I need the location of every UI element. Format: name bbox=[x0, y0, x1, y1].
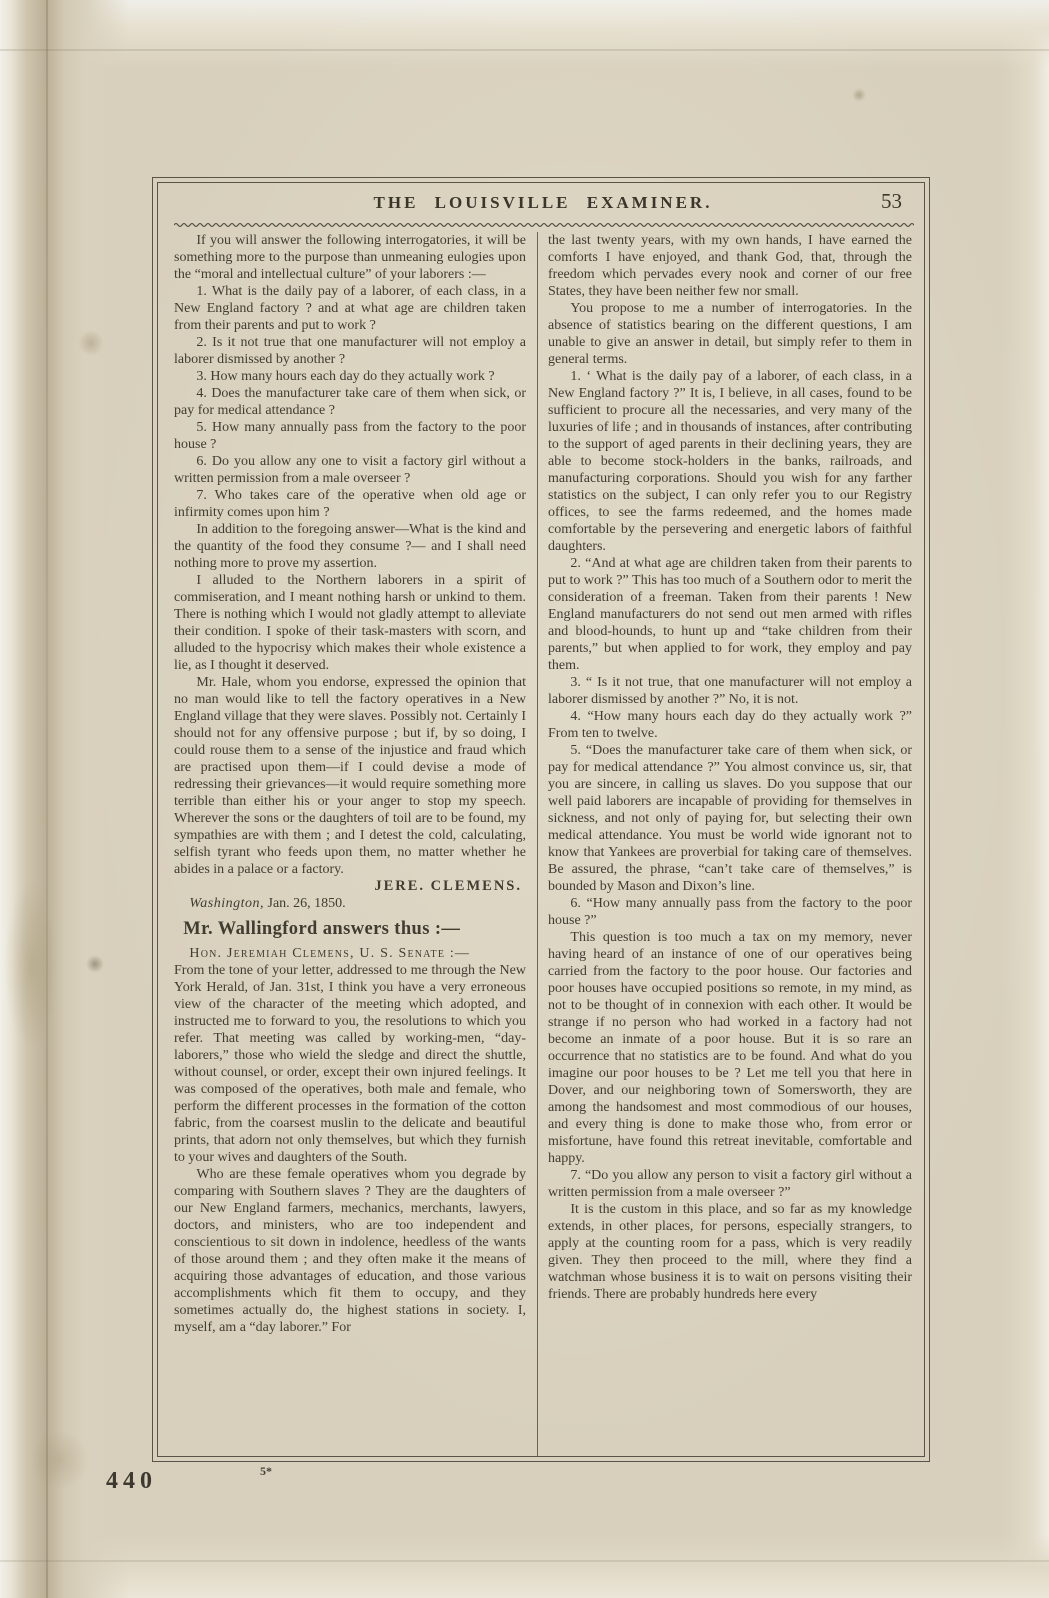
paragraph: I alluded to the Northern laborers in a … bbox=[174, 572, 526, 674]
paragraph: Mr. Hale, whom you endorse, expressed th… bbox=[174, 674, 526, 878]
paper-stain bbox=[86, 955, 104, 973]
top-fold-crease bbox=[0, 49, 1049, 51]
paragraph: 5. “Does the manufacturer take care of t… bbox=[548, 742, 912, 895]
paragraph: This question is too much a tax on my me… bbox=[548, 929, 912, 1167]
paragraph: 6. Do you allow any one to visit a facto… bbox=[174, 453, 526, 487]
paragraph: 3. How many hours each day do they actua… bbox=[174, 368, 526, 385]
print-frame-inner: THE LOUISVILLE EXAMINER. 53 If you will … bbox=[157, 182, 925, 1457]
wavy-rule bbox=[174, 221, 914, 229]
paragraph: You propose to me a number of interrogat… bbox=[548, 300, 912, 368]
scanned-newspaper-page: THE LOUISVILLE EXAMINER. 53 If you will … bbox=[0, 0, 1049, 1598]
paper-stain bbox=[852, 88, 866, 102]
paragraph: It is the custom in this place, and so f… bbox=[548, 1201, 912, 1303]
newspaper-title: THE LOUISVILLE EXAMINER. bbox=[174, 193, 912, 213]
binding-crease bbox=[46, 0, 48, 1598]
paragraph: 3. “ Is it not true, that one manufactur… bbox=[548, 674, 912, 708]
paper-stain bbox=[78, 330, 104, 356]
bottom-fold-crease bbox=[0, 1560, 1049, 1562]
paragraph: Who are these female operatives whom you… bbox=[174, 1166, 526, 1336]
paragraph: From the tone of your letter, addressed … bbox=[174, 962, 526, 1166]
signature-line: JERE. CLEMENS. bbox=[174, 878, 526, 895]
wavy-rule-path bbox=[174, 224, 914, 227]
dateline: Washington, Jan. 26, 1850. bbox=[174, 895, 526, 912]
salutation: Hon. Jeremiah Clemens, U. S. Senate :— bbox=[174, 945, 526, 962]
signature-mark: 5* bbox=[260, 1464, 272, 1479]
paragraph: 2. Is it not true that one manufacturer … bbox=[174, 334, 526, 368]
print-frame: THE LOUISVILLE EXAMINER. 53 If you will … bbox=[152, 177, 930, 1462]
paragraph: 4. “How many hours each day do they actu… bbox=[548, 708, 912, 742]
page-number: 53 bbox=[881, 189, 902, 214]
paper-stain bbox=[4, 880, 58, 1050]
paper-stain bbox=[30, 1430, 90, 1490]
paragraph: In addition to the foregoing answer—What… bbox=[174, 521, 526, 572]
paragraph: If you will answer the following interro… bbox=[174, 232, 526, 283]
paragraph: 1. ‘ What is the daily pay of a laborer,… bbox=[548, 368, 912, 555]
paragraph: 7. Who takes care of the operative when … bbox=[174, 487, 526, 521]
column-right: the last twenty years, with my own hands… bbox=[548, 232, 912, 1457]
paragraph: 7. “Do you allow any person to visit a f… bbox=[548, 1167, 912, 1201]
column-divider bbox=[537, 232, 538, 1457]
paragraph: the last twenty years, with my own hands… bbox=[548, 232, 912, 300]
section-heading: Mr. Wallingford answers thus :— bbox=[174, 917, 526, 941]
folio-number: 440 bbox=[106, 1468, 157, 1495]
paragraph: 5. How many annually pass from the facto… bbox=[174, 419, 526, 453]
columns: If you will answer the following interro… bbox=[174, 232, 912, 1457]
masthead: THE LOUISVILLE EXAMINER. 53 bbox=[174, 189, 912, 219]
paragraph: 1. What is the daily pay of a laborer, o… bbox=[174, 283, 526, 334]
paragraph: 4. Does the manufacturer take care of th… bbox=[174, 385, 526, 419]
column-left: If you will answer the following interro… bbox=[174, 232, 526, 1457]
paragraph: 6. “How many annually pass from the fact… bbox=[548, 895, 912, 929]
paragraph: 2. “And at what age are children taken f… bbox=[548, 555, 912, 674]
